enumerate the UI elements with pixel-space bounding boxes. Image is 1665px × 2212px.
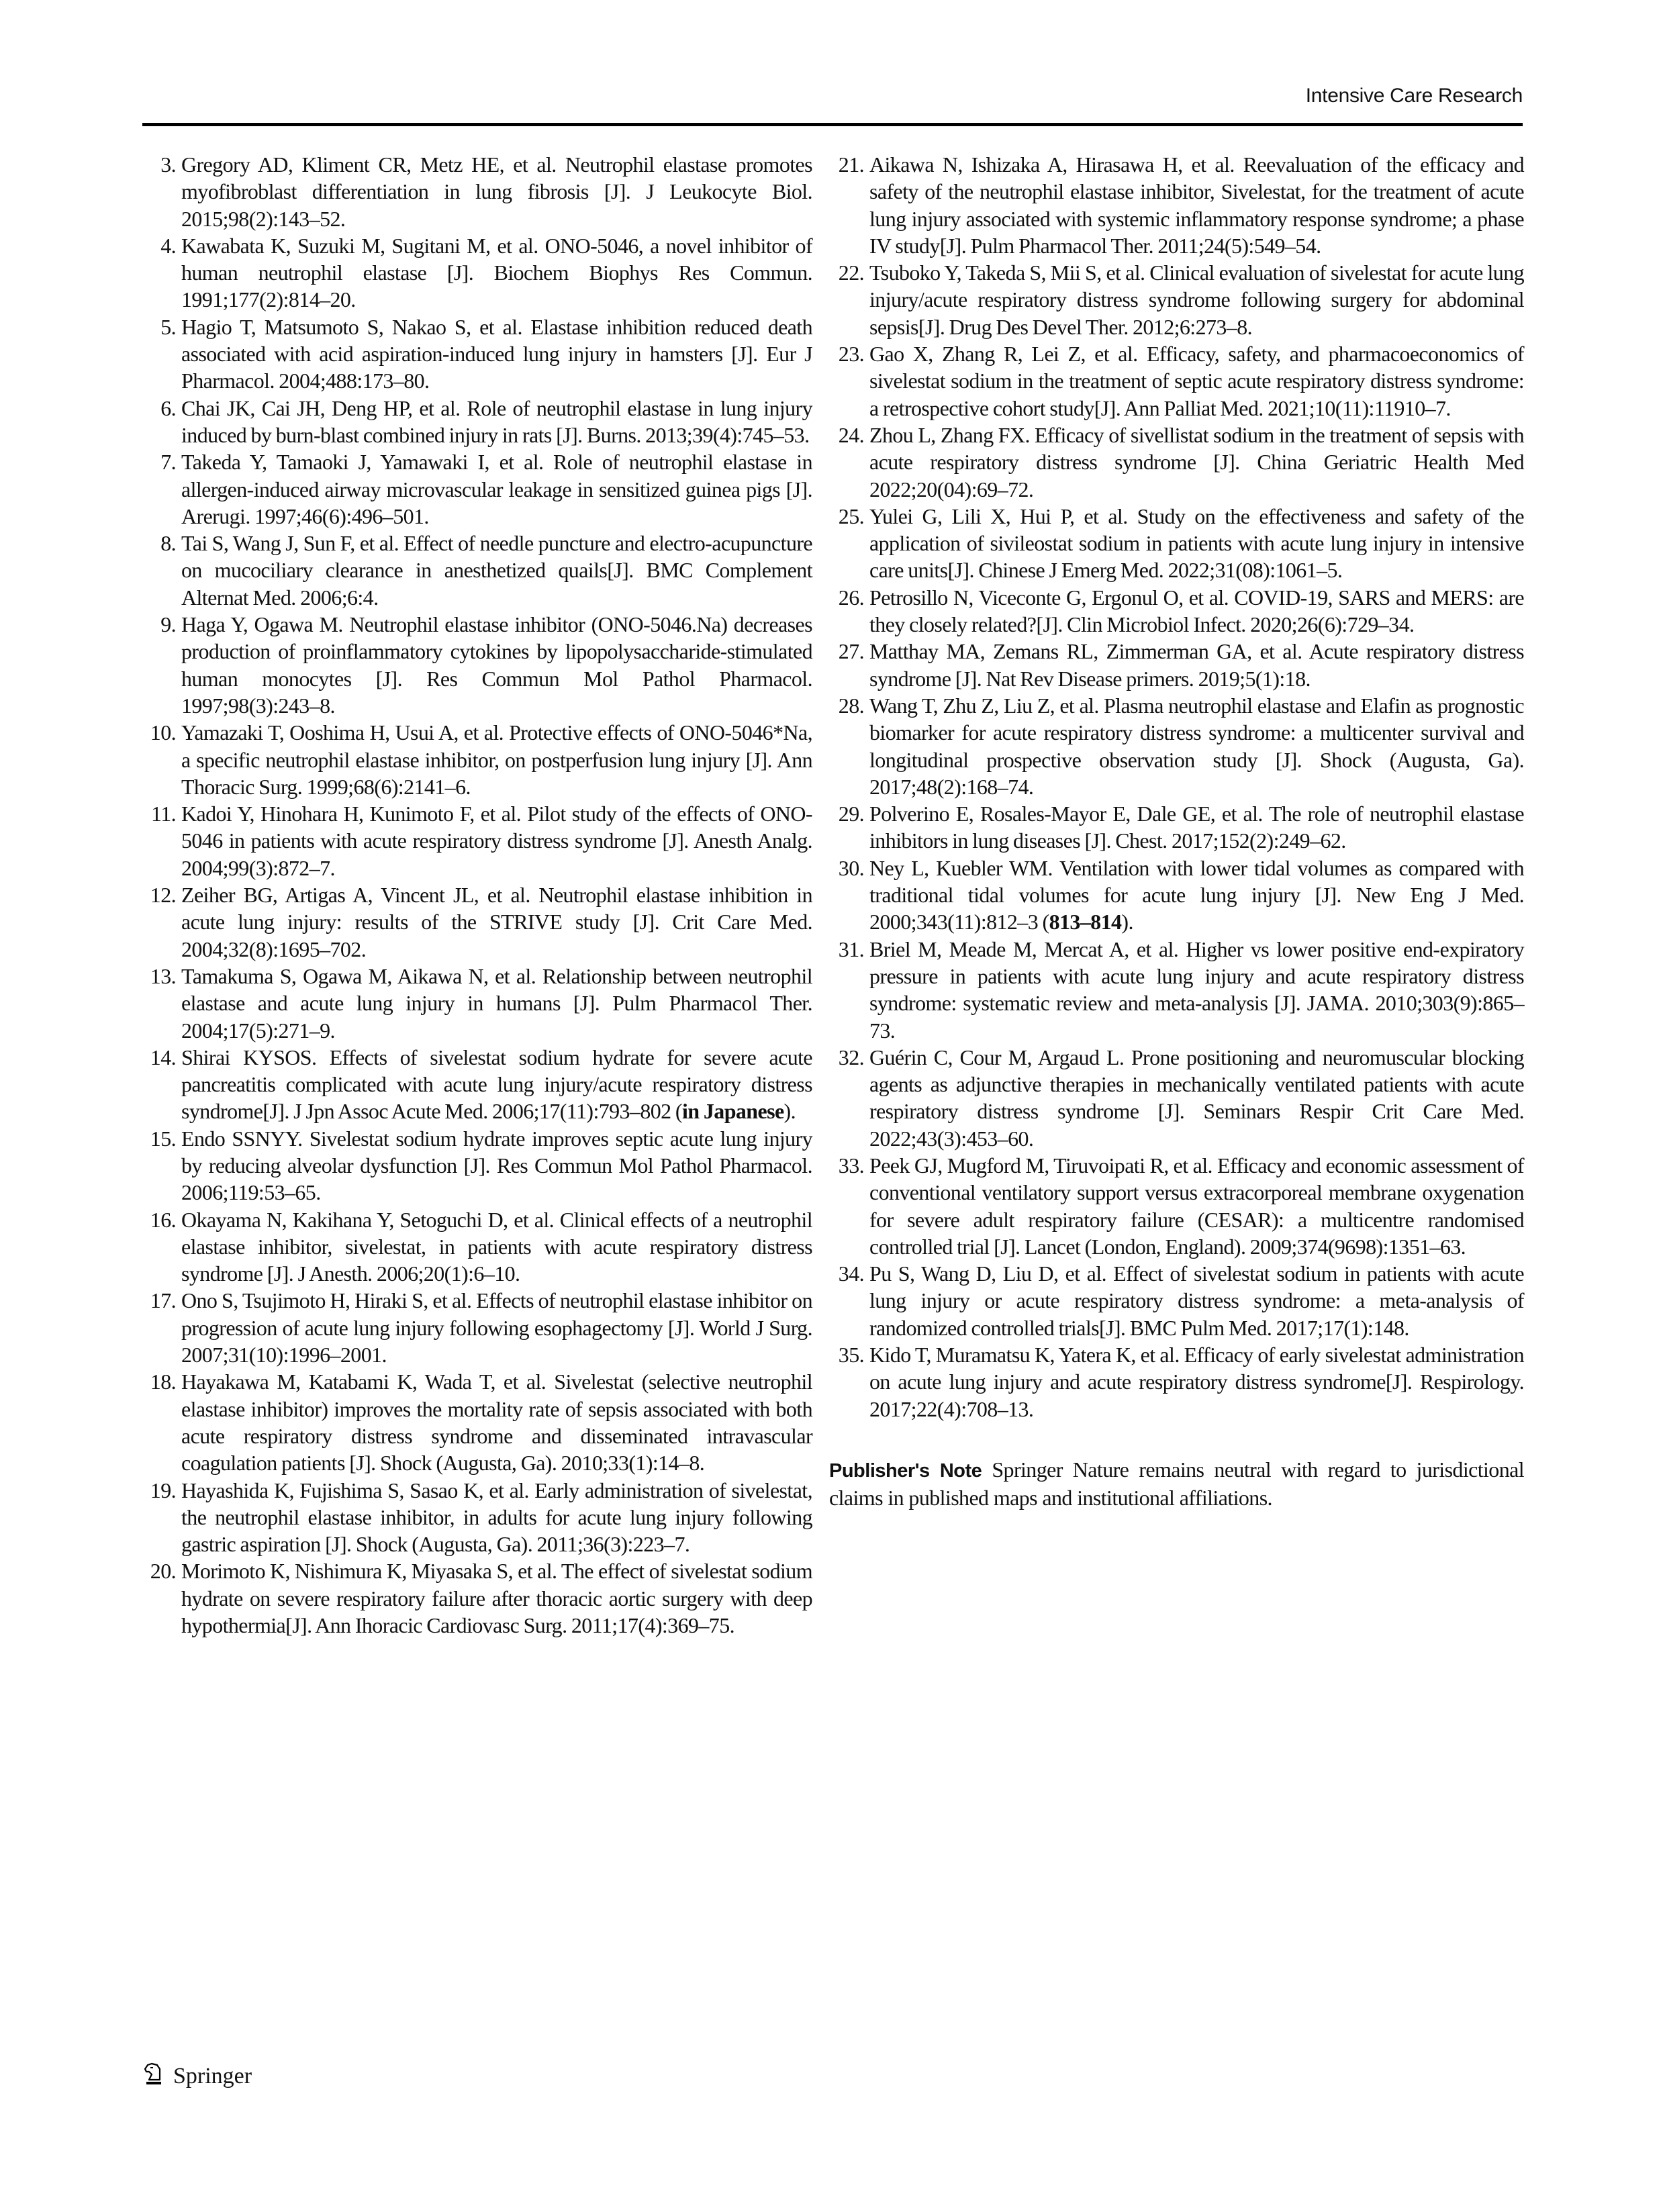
reference-item: 10.Yamazaki T, Ooshima H, Usui A, et al.… [141,719,812,800]
reference-item: 9.Haga Y, Ogawa M. Neutrophil elastase i… [141,611,812,719]
running-head-journal-title: Intensive Care Research [1306,85,1523,107]
reference-item: 15.Endo SSNYY. Sivelestat sodium hydrate… [141,1125,812,1206]
reference-list-left: 3.Gregory AD, Kliment CR, Metz HE, et al… [141,151,812,1639]
reference-item: 22.Tsuboko Y, Takeda S, Mii S, et al. Cl… [829,259,1524,340]
reference-text: Hayakawa M, Katabami K, Wada T, et al. S… [181,1369,812,1475]
reference-text: Zeiher BG, Artigas A, Vincent JL, et al.… [181,883,812,961]
reference-number: 21. [829,151,864,178]
reference-text: Okayama N, Kakihana Y, Setoguchi D, et a… [181,1208,812,1286]
reference-item: 6.Chai JK, Cai JH, Deng HP, et al. Role … [141,395,812,449]
reference-item: 18.Hayakawa M, Katabami K, Wada T, et al… [141,1368,812,1476]
reference-number: 7. [141,448,176,475]
reference-item: 12.Zeiher BG, Artigas A, Vincent JL, et … [141,881,812,963]
reference-item: 20.Morimoto K, Nishimura K, Miyasaka S, … [141,1557,812,1639]
reference-item: 31.Briel M, Meade M, Mercat A, et al. Hi… [829,936,1524,1044]
reference-text-tail: ). [1121,910,1133,934]
reference-text: Morimoto K, Nishimura K, Miyasaka S, et … [181,1559,812,1637]
reference-number: 3. [141,151,176,178]
reference-item: 8.Tai S, Wang J, Sun F, et al. Effect of… [141,530,812,611]
reference-text: Guérin C, Cour M, Argaud L. Prone positi… [869,1045,1524,1151]
reference-number: 13. [141,963,176,990]
reference-number: 25. [829,503,864,530]
reference-number: 35. [829,1341,864,1368]
reference-text: Endo SSNYY. Sivelestat sodium hydrate im… [181,1126,812,1205]
reference-text: Yulei G, Lili X, Hui P, et al. Study on … [869,504,1524,583]
header-rule [142,123,1523,126]
reference-number: 20. [141,1557,176,1584]
reference-item: 30.Ney L, Kuebler WM. Ventilation with l… [829,855,1524,936]
reference-item: 3.Gregory AD, Kliment CR, Metz HE, et al… [141,151,812,232]
reference-text: Hayashida K, Fujishima S, Sasao K, et al… [181,1478,812,1557]
reference-text: Ney L, Kuebler WM. Ventilation with lowe… [869,856,1524,934]
reference-text: Pu S, Wang D, Liu D, et al. Effect of si… [869,1261,1524,1340]
reference-text: Tamakuma S, Ogawa M, Aikawa N, et al. Re… [181,964,812,1043]
reference-text: Tsuboko Y, Takeda S, Mii S, et al. Clini… [869,260,1524,339]
reference-text: Briel M, Meade M, Mercat A, et al. Highe… [869,937,1524,1043]
reference-number: 27. [829,638,864,665]
reference-text: Chai JK, Cai JH, Deng HP, et al. Role of… [181,396,812,447]
reference-number: 17. [141,1287,176,1314]
references-column-right: 21.Aikawa N, Ishizaka A, Hirasawa H, et … [829,151,1524,1533]
reference-number: 24. [829,422,864,448]
reference-text: Zhou L, Zhang FX. Efficacy of sivellista… [869,423,1524,501]
reference-list-right: 21.Aikawa N, Ishizaka A, Hirasawa H, et … [829,151,1524,1423]
reference-item: 28.Wang T, Zhu Z, Liu Z, et al. Plasma n… [829,692,1524,800]
reference-number: 15. [141,1125,176,1152]
reference-emphasis: 813–814 [1049,910,1122,934]
reference-item: 11.Kadoi Y, Hinohara H, Kunimoto F, et a… [141,800,812,881]
reference-item: 13.Tamakuma S, Ogawa M, Aikawa N, et al.… [141,963,812,1044]
reference-item: 5.Hagio T, Matsumoto S, Nakao S, et al. … [141,314,812,395]
reference-text: Matthay MA, Zemans RL, Zimmerman GA, et … [869,639,1524,690]
reference-number: 5. [141,314,176,340]
reference-number: 23. [829,340,864,367]
reference-text-tail: ). [784,1099,796,1123]
reference-number: 10. [141,719,176,746]
reference-item: 32.Guérin C, Cour M, Argaud L. Prone pos… [829,1044,1524,1152]
reference-item: 35.Kido T, Muramatsu K, Yatera K, et al.… [829,1341,1524,1423]
reference-text: Gao X, Zhang R, Lei Z, et al. Efficacy, … [869,342,1524,420]
reference-item: 4.Kawabata K, Suzuki M, Sugitani M, et a… [141,232,812,314]
reference-text: Polverino E, Rosales-Mayor E, Dale GE, e… [869,802,1524,853]
reference-number: 8. [141,530,176,557]
springer-horse-icon [142,2062,166,2090]
reference-number: 14. [141,1044,176,1071]
reference-text: Yamazaki T, Ooshima H, Usui A, et al. Pr… [181,720,812,799]
reference-text: Petrosillo N, Viceconte G, Ergonul O, et… [869,585,1524,636]
reference-text: Ono S, Tsujimoto H, Hiraki S, et al. Eff… [181,1288,812,1367]
reference-item: 23.Gao X, Zhang R, Lei Z, et al. Efficac… [829,340,1524,422]
reference-item: 17.Ono S, Tsujimoto H, Hiraki S, et al. … [141,1287,812,1368]
reference-item: 14.Shirai KYSOS. Effects of sivelestat s… [141,1044,812,1125]
reference-text: Aikawa N, Ishizaka A, Hirasawa H, et al.… [869,152,1524,258]
reference-number: 32. [829,1044,864,1071]
reference-number: 9. [141,611,176,638]
reference-number: 22. [829,259,864,286]
reference-number: 11. [141,800,176,827]
reference-number: 16. [141,1206,176,1233]
reference-number: 26. [829,584,864,611]
reference-text: Kido T, Muramatsu K, Yatera K, et al. Ef… [869,1343,1524,1421]
reference-number: 30. [829,855,864,881]
reference-item: 16.Okayama N, Kakihana Y, Setoguchi D, e… [141,1206,812,1288]
reference-emphasis: in Japanese [682,1099,784,1123]
springer-logo-text: Springer [173,2064,252,2089]
publishers-note: Publisher's Note Springer Nature remains… [829,1456,1524,1512]
reference-number: 28. [829,692,864,719]
reference-number: 31. [829,936,864,963]
reference-text: Peek GJ, Mugford M, Tiruvoipati R, et al… [869,1153,1524,1259]
reference-number: 19. [141,1477,176,1504]
reference-text: Wang T, Zhu Z, Liu Z, et al. Plasma neut… [869,693,1524,799]
reference-number: 18. [141,1368,176,1395]
reference-item: 26.Petrosillo N, Viceconte G, Ergonul O,… [829,584,1524,638]
reference-item: 25.Yulei G, Lili X, Hui P, et al. Study … [829,503,1524,584]
reference-item: 19.Hayashida K, Fujishima S, Sasao K, et… [141,1477,812,1558]
reference-text: Takeda Y, Tamaoki J, Yamawaki I, et al. … [181,450,812,528]
reference-text: Hagio T, Matsumoto S, Nakao S, et al. El… [181,315,812,393]
reference-text: Kadoi Y, Hinohara H, Kunimoto F, et al. … [181,802,812,880]
reference-text: Haga Y, Ogawa M. Neutrophil elastase inh… [181,612,812,718]
reference-item: 27.Matthay MA, Zemans RL, Zimmerman GA, … [829,638,1524,692]
reference-number: 12. [141,881,176,908]
reference-item: 21.Aikawa N, Ishizaka A, Hirasawa H, et … [829,151,1524,259]
publishers-note-label: Publisher's Note [829,1460,982,1482]
reference-number: 34. [829,1260,864,1287]
reference-text: Gregory AD, Kliment CR, Metz HE, et al. … [181,152,812,231]
reference-item: 34.Pu S, Wang D, Liu D, et al. Effect of… [829,1260,1524,1341]
springer-logo: Springer [142,2062,252,2090]
reference-number: 33. [829,1152,864,1179]
reference-text: Tai S, Wang J, Sun F, et al. Effect of n… [181,531,812,610]
reference-number: 4. [141,232,176,259]
reference-item: 33.Peek GJ, Mugford M, Tiruvoipati R, et… [829,1152,1524,1260]
reference-text: Kawabata K, Suzuki M, Sugitani M, et al.… [181,234,812,312]
reference-number: 29. [829,800,864,827]
references-column-left: 3.Gregory AD, Kliment CR, Metz HE, et al… [141,151,812,1639]
reference-item: 24.Zhou L, Zhang FX. Efficacy of sivelli… [829,422,1524,503]
reference-item: 7.Takeda Y, Tamaoki J, Yamawaki I, et al… [141,448,812,530]
reference-item: 29.Polverino E, Rosales-Mayor E, Dale GE… [829,800,1524,855]
reference-number: 6. [141,395,176,422]
